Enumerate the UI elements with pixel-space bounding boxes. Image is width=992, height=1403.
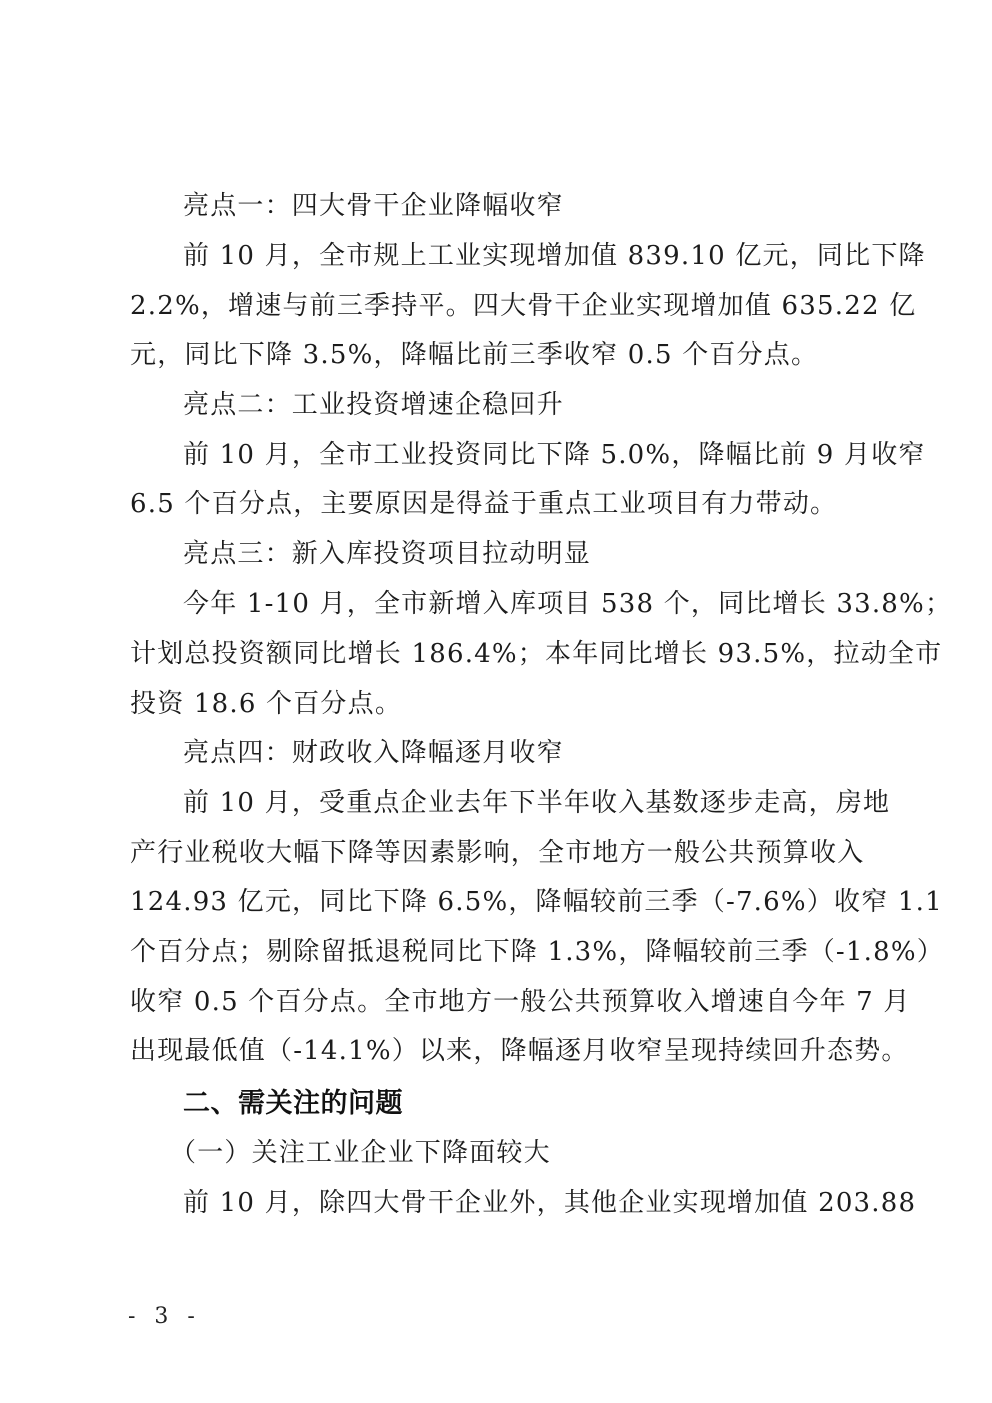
paragraph-5-line-1: 前 10 月，除四大骨干企业外，其他企业实现增加值 203.88 [183, 1186, 864, 1220]
paragraph-1-line-2: 2.2%，增速与前三季持平。四大骨干企业实现增加值 635.22 亿 [130, 289, 864, 323]
section-2-heading: 二、需关注的问题 [183, 1087, 864, 1121]
paragraph-4-line-1: 前 10 月，受重点企业去年下半年收入基数逐步走高，房地 [183, 786, 864, 820]
paragraph-4-line-3: 124.93 亿元，同比下降 6.5%，降幅较前三季（-7.6%）收窄 1.1 [130, 885, 864, 919]
paragraph-4-line-4: 个百分点；剔除留抵退税同比下降 1.3%，降幅较前三季（-1.8%） [130, 935, 864, 969]
paragraph-2-line-1: 前 10 月，全市工业投资同比下降 5.0%，降幅比前 9 月收窄 [183, 438, 864, 472]
page-number: - 3 - [128, 1302, 201, 1332]
highlight-2-heading: 亮点二：工业投资增速企稳回升 [183, 388, 864, 422]
paragraph-1-line-1: 前 10 月，全市规上工业实现增加值 839.10 亿元，同比下降 [183, 239, 864, 273]
paragraph-3-line-1: 今年 1-10 月，全市新增入库项目 538 个，同比增长 33.8%； [183, 587, 864, 621]
highlight-3-heading: 亮点三：新入库投资项目拉动明显 [183, 537, 864, 571]
highlight-1-heading: 亮点一：四大骨干企业降幅收窄 [183, 189, 864, 223]
paragraph-3-line-2: 计划总投资额同比增长 186.4%；本年同比增长 93.5%，拉动全市 [130, 637, 864, 671]
paragraph-3-line-3: 投资 18.6 个百分点。 [130, 687, 864, 721]
subsection-2-1-heading: （一）关注工业企业下降面较大 [170, 1136, 904, 1170]
paragraph-4-line-2: 产行业税收大幅下降等因素影响，全市地方一般公共预算收入 [130, 836, 864, 870]
paragraph-1-line-3: 元，同比下降 3.5%，降幅比前三季收窄 0.5 个百分点。 [130, 338, 864, 372]
paragraph-4-line-6: 出现最低值（-14.1%）以来，降幅逐月收窄呈现持续回升态势。 [130, 1034, 864, 1068]
paragraph-2-line-2: 6.5 个百分点，主要原因是得益于重点工业项目有力带动。 [130, 487, 864, 521]
paragraph-4-line-5: 收窄 0.5 个百分点。全市地方一般公共预算收入增速自今年 7 月 [130, 985, 864, 1019]
document-page: 亮点一：四大骨干企业降幅收窄 前 10 月，全市规上工业实现增加值 839.10… [0, 0, 992, 1403]
highlight-4-heading: 亮点四：财政收入降幅逐月收窄 [183, 736, 864, 770]
